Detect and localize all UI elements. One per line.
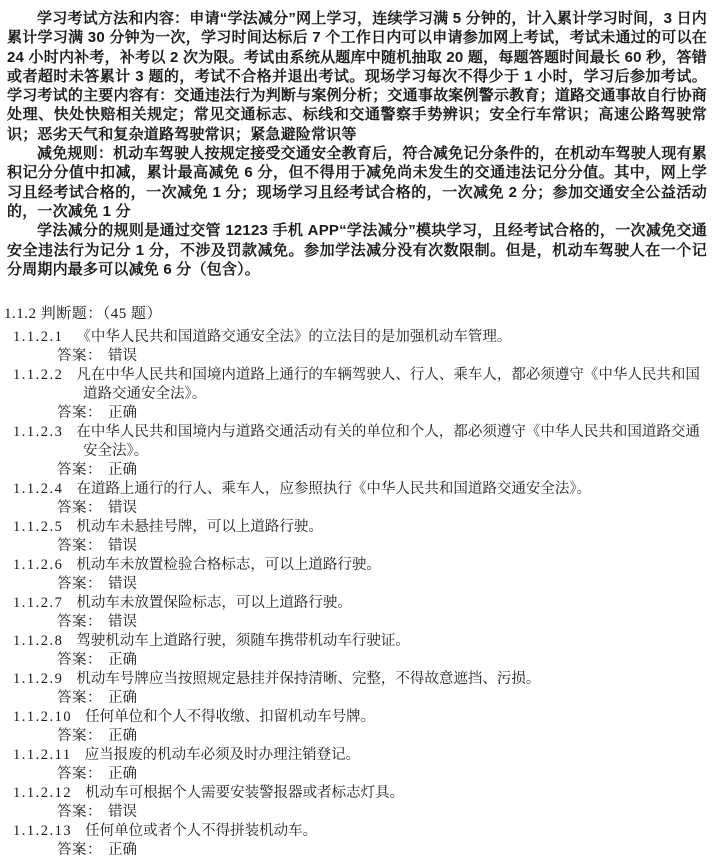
answer-value: 正确 xyxy=(108,405,137,421)
question-number: 1.1.2.7 xyxy=(13,595,63,611)
question-text: 凡在中华人民共和国境内道路上通行的车辆驾驶人、行人、乘车人，都必须遵守《中华人民… xyxy=(76,367,700,402)
document-page: 学习考试方法和内容：申请“学法减分”网上学习，连续学习满 5 分钟的，计入累计学… xyxy=(0,0,714,859)
question-text: 机动车号牌应当按照规定悬挂并保持清晰、完整，不得故意遮挡、污损。 xyxy=(76,671,540,687)
intro-paragraph-xuefa-jianfen-rules: 学法减分的规则是通过交管 12123 手机 APP“学法减分”模块学习，且经考试… xyxy=(7,221,707,279)
answer-value: 正确 xyxy=(108,766,137,782)
answer-value: 正确 xyxy=(108,462,137,478)
question-list: 1.1.2.1《中华人民共和国道路交通安全法》的立法目的是加强机动车管理。 答案… xyxy=(7,328,707,859)
answer-value: 错误 xyxy=(108,348,137,364)
question-text-line: 1.1.2.9机动车号牌应当按照规定悬挂并保持清晰、完整，不得故意遮挡、污损。 xyxy=(7,670,707,689)
question-text: 在道路上通行的行人、乘车人，应参照执行《中华人民共和国道路交通安全法》。 xyxy=(76,481,591,497)
answer-value: 正确 xyxy=(108,728,137,744)
question-text: 任何单位或者个人不得拼装机动车。 xyxy=(85,823,317,839)
answer-value: 正确 xyxy=(108,842,137,858)
answer-value: 正确 xyxy=(108,690,137,706)
question-number: 1.1.2.11 xyxy=(13,747,72,763)
question-item: 1.1.2.10任何单位和个人不得收缴、扣留机动车号牌。 答案：正确 xyxy=(7,708,707,746)
question-number: 1.1.2.4 xyxy=(13,481,63,497)
answer-label: 答案： xyxy=(57,842,102,858)
question-text-line: 1.1.2.7机动车未放置保险标志，可以上道路行驶。 xyxy=(7,594,707,613)
answer-line: 答案：正确 xyxy=(7,689,707,708)
answer-line: 答案：正确 xyxy=(7,651,707,670)
intro-paragraph-deduction-rules: 减免规则：机动车驾驶人按规定接受交通安全教育后，符合减免记分条件的，在机动车驾驶… xyxy=(7,144,707,221)
answer-line: 答案：正确 xyxy=(7,841,707,859)
answer-label: 答案： xyxy=(57,576,102,592)
question-text: 驾驶机动车上道路行驶，须随车携带机动车行驶证。 xyxy=(76,633,410,649)
section-heading: 1.1.2 判断题：（45 题） xyxy=(4,304,707,324)
question-text: 在中华人民共和国境内与道路交通活动有关的单位和个人，都必须遵守《中华人民共和国道… xyxy=(76,424,700,459)
question-text-line: 1.1.2.10任何单位和个人不得收缴、扣留机动车号牌。 xyxy=(7,708,707,727)
answer-line: 答案：错误 xyxy=(7,347,707,366)
answer-label: 答案： xyxy=(57,614,102,630)
intro-section: 学习考试方法和内容：申请“学法减分”网上学习，连续学习满 5 分钟的，计入累计学… xyxy=(7,9,707,279)
question-number: 1.1.2.5 xyxy=(13,519,63,535)
answer-line: 答案：正确 xyxy=(7,461,707,480)
question-text-line: 1.1.2.11应当报废的机动车必须及时办理注销登记。 xyxy=(7,746,707,765)
question-item: 1.1.2.5机动车未悬挂号牌，可以上道路行驶。 答案：错误 xyxy=(7,518,707,556)
question-text: 机动车未放置保险标志，可以上道路行驶。 xyxy=(76,595,352,611)
question-text: 机动车未悬挂号牌，可以上道路行驶。 xyxy=(76,519,323,535)
answer-line: 答案：错误 xyxy=(7,575,707,594)
answer-label: 答案： xyxy=(57,538,102,554)
question-item: 1.1.2.7机动车未放置保险标志，可以上道路行驶。 答案：错误 xyxy=(7,594,707,632)
answer-line: 答案：错误 xyxy=(7,499,707,518)
question-text: 机动车未放置检验合格标志，可以上道路行驶。 xyxy=(76,557,381,573)
answer-value: 正确 xyxy=(108,652,137,668)
answer-label: 答案： xyxy=(57,462,102,478)
question-number: 1.1.2.3 xyxy=(13,424,63,440)
question-number: 1.1.2.8 xyxy=(13,633,63,649)
question-text-line: 1.1.2.6机动车未放置检验合格标志，可以上道路行驶。 xyxy=(7,556,707,575)
question-number: 1.1.2.9 xyxy=(13,671,63,687)
answer-label: 答案： xyxy=(57,405,102,421)
answer-line: 答案：错误 xyxy=(7,537,707,556)
question-number: 1.1.2.12 xyxy=(13,785,72,801)
question-number: 1.1.2.10 xyxy=(13,709,72,725)
answer-label: 答案： xyxy=(57,348,102,364)
answer-line: 答案：正确 xyxy=(7,727,707,746)
question-item: 1.1.2.3在中华人民共和国境内与道路交通活动有关的单位和个人，都必须遵守《中… xyxy=(7,423,707,480)
question-text-line: 1.1.2.4在道路上通行的行人、乘车人，应参照执行《中华人民共和国道路交通安全… xyxy=(7,480,707,499)
answer-label: 答案： xyxy=(57,728,102,744)
question-item: 1.1.2.13任何单位或者个人不得拼装机动车。 答案：正确 xyxy=(7,822,707,859)
answer-line: 答案：正确 xyxy=(7,404,707,423)
question-item: 1.1.2.8驾驶机动车上道路行驶，须随车携带机动车行驶证。 答案：正确 xyxy=(7,632,707,670)
intro-paragraph-study-exam-method: 学习考试方法和内容：申请“学法减分”网上学习，连续学习满 5 分钟的，计入累计学… xyxy=(7,9,707,144)
answer-label: 答案： xyxy=(57,690,102,706)
answer-value: 错误 xyxy=(108,614,137,630)
answer-line: 答案：错误 xyxy=(7,613,707,632)
answer-label: 答案： xyxy=(57,652,102,668)
answer-label: 答案： xyxy=(57,766,102,782)
question-item: 1.1.2.6机动车未放置检验合格标志，可以上道路行驶。 答案：错误 xyxy=(7,556,707,594)
question-text-line: 1.1.2.5机动车未悬挂号牌，可以上道路行驶。 xyxy=(7,518,707,537)
question-item: 1.1.2.2凡在中华人民共和国境内道路上通行的车辆驾驶人、行人、乘车人，都必须… xyxy=(7,366,707,423)
question-item: 1.1.2.1《中华人民共和国道路交通安全法》的立法目的是加强机动车管理。 答案… xyxy=(7,328,707,366)
question-text: 应当报废的机动车必须及时办理注销登记。 xyxy=(85,747,361,763)
question-text-line: 1.1.2.12机动车可根据个人需要安装警报器或者标志灯具。 xyxy=(7,784,707,803)
question-item: 1.1.2.11应当报废的机动车必须及时办理注销登记。 答案：正确 xyxy=(7,746,707,784)
question-number: 1.1.2.13 xyxy=(13,823,72,839)
question-text-line: 1.1.2.13任何单位或者个人不得拼装机动车。 xyxy=(7,822,707,841)
question-text-line: 1.1.2.8驾驶机动车上道路行驶，须随车携带机动车行驶证。 xyxy=(7,632,707,651)
answer-label: 答案： xyxy=(57,804,102,820)
answer-value: 错误 xyxy=(108,576,137,592)
answer-line: 答案：正确 xyxy=(7,765,707,784)
question-item: 1.1.2.9机动车号牌应当按照规定悬挂并保持清晰、完整，不得故意遮挡、污损。 … xyxy=(7,670,707,708)
question-number: 1.1.2.2 xyxy=(13,367,63,383)
question-number: 1.1.2.1 xyxy=(13,329,63,345)
answer-value: 错误 xyxy=(108,500,137,516)
question-item: 1.1.2.4在道路上通行的行人、乘车人，应参照执行《中华人民共和国道路交通安全… xyxy=(7,480,707,518)
answer-line: 答案：错误 xyxy=(7,803,707,822)
answer-value: 错误 xyxy=(108,804,137,820)
question-text: 《中华人民共和国道路交通安全法》的立法目的是加强机动车管理。 xyxy=(76,329,511,345)
answer-value: 错误 xyxy=(108,538,137,554)
question-text-line: 1.1.2.1《中华人民共和国道路交通安全法》的立法目的是加强机动车管理。 xyxy=(7,328,707,347)
question-text-line: 1.1.2.2凡在中华人民共和国境内道路上通行的车辆驾驶人、行人、乘车人，都必须… xyxy=(7,366,707,404)
question-item: 1.1.2.12机动车可根据个人需要安装警报器或者标志灯具。 答案：错误 xyxy=(7,784,707,822)
answer-label: 答案： xyxy=(57,500,102,516)
question-text-line: 1.1.2.3在中华人民共和国境内与道路交通活动有关的单位和个人，都必须遵守《中… xyxy=(7,423,707,461)
question-text: 机动车可根据个人需要安装警报器或者标志灯具。 xyxy=(85,785,404,801)
question-number: 1.1.2.6 xyxy=(13,557,63,573)
question-text: 任何单位和个人不得收缴、扣留机动车号牌。 xyxy=(85,709,375,725)
